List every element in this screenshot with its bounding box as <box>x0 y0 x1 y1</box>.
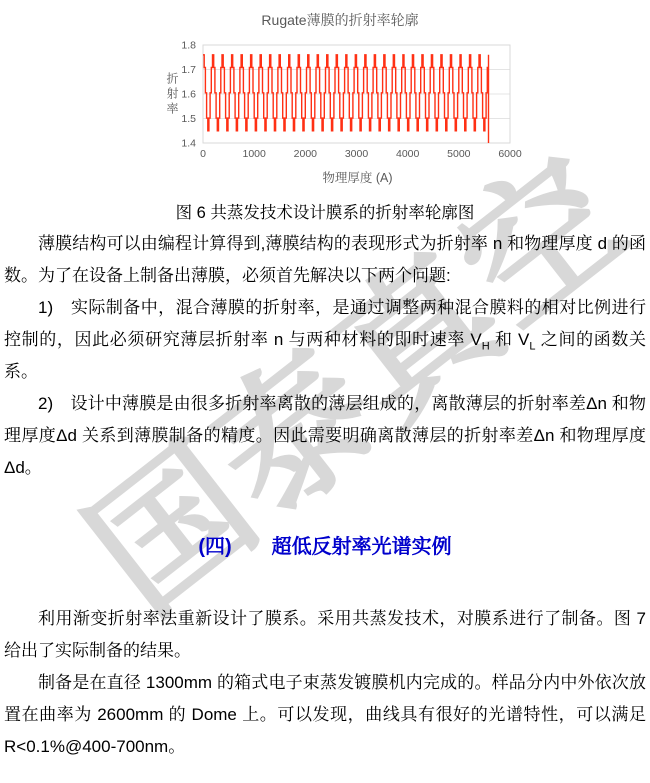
svg-text:1.8: 1.8 <box>181 40 196 52</box>
list-item-1: 1) 实际制备中，混合薄膜的折射率，是通过调整两种混合膜料的相对比例进行控制的，… <box>4 292 646 388</box>
figure-caption: 图 6 共蒸发技术设计膜系的折射率轮廓图 <box>0 200 650 226</box>
list-item-2: 2) 设计中薄膜是由很多折射率离散的薄层组成的，离散薄层的折射率差Δn 和物理厚… <box>4 388 646 484</box>
paragraph-redesign: 利用渐变折射率法重新设计了膜系。采用共蒸发技术，对膜系进行了制备。图 7 给出了… <box>4 603 646 667</box>
svg-text:0: 0 <box>200 148 206 160</box>
refractive-index-profile-chart: Rugate薄膜的折射率轮廓 折射率 1.41.51.61.71.8010002… <box>140 8 540 194</box>
subscript-h: H <box>482 340 490 352</box>
document-body: 薄膜结构可以由编程计算得到,薄膜结构的表现形式为折射率 n 和物理厚度 d 的函… <box>0 228 650 763</box>
svg-text:5000: 5000 <box>447 148 471 160</box>
list-item-1-text: 和 V <box>490 330 530 349</box>
svg-text:4000: 4000 <box>396 148 420 160</box>
svg-text:1.4: 1.4 <box>181 138 196 150</box>
section-title: 超低反射率光谱实例 <box>272 530 452 559</box>
svg-text:1.6: 1.6 <box>181 89 196 101</box>
y-axis-title: 折射率 <box>164 72 181 117</box>
svg-text:1.7: 1.7 <box>181 64 196 76</box>
section-heading: (四) 超低反射率光谱实例 <box>4 530 646 559</box>
paragraph-film-structure: 薄膜结构可以由编程计算得到,薄膜结构的表现形式为折射率 n 和物理厚度 d 的函… <box>4 228 646 292</box>
chart-title: Rugate薄膜的折射率轮廓 <box>140 8 540 36</box>
chart-plot-area: 1.41.51.61.71.80100020003000400050006000 <box>140 36 540 166</box>
x-axis-title: 物理厚度 (A) <box>140 168 540 186</box>
svg-text:1.5: 1.5 <box>181 113 196 125</box>
svg-text:3000: 3000 <box>345 148 369 160</box>
section-number: (四) <box>198 530 231 559</box>
svg-text:6000: 6000 <box>498 148 522 160</box>
svg-text:1000: 1000 <box>242 148 266 160</box>
paragraph-preparation: 制备是在直径 1300mm 的箱式电子束蒸发镀膜机内完成的。样品分内中外依次放置… <box>4 667 646 763</box>
svg-text:2000: 2000 <box>294 148 318 160</box>
